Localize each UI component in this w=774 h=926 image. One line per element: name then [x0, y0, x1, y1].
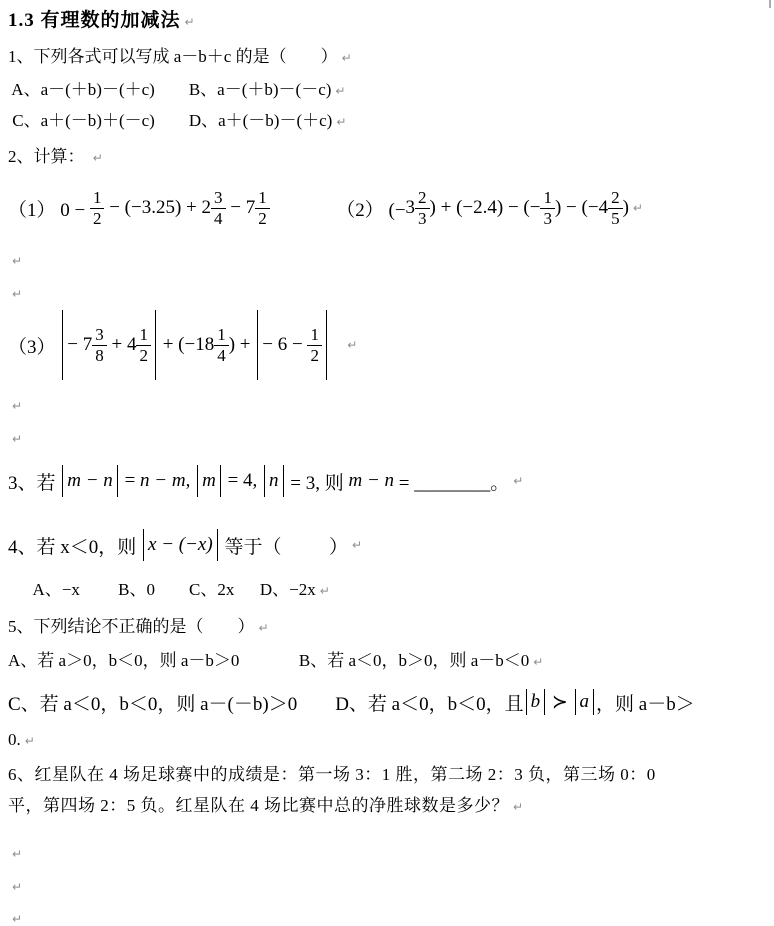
q1-options-cd-text: C、a＋(－b)＋(－c) D、a＋(－b)－(＋c): [8, 111, 332, 130]
mixed-number: 738: [83, 325, 107, 365]
fraction-denominator: 2: [136, 346, 151, 366]
paragraph-mark-icon: ↵: [12, 847, 22, 861]
math-variable: m − n: [349, 470, 395, 492]
math-text: +: [107, 334, 127, 356]
math-text: = ________。: [394, 468, 509, 495]
mixed-number: 234: [202, 188, 226, 228]
paragraph-mark-icon: ↵: [633, 201, 643, 215]
fraction-denominator: 2: [307, 346, 322, 366]
math-text: 等于（ ）: [220, 532, 348, 559]
q1-options-ab-text: A、a－(＋b)－(＋c) B、a－(＋b)－(－c): [8, 80, 331, 99]
fraction: 25: [608, 188, 623, 228]
fraction-numerator: 1: [307, 325, 322, 346]
q5-options-ab-text: A、若 a＞0，b＜0，则 a－b＞0 B、若 a＜0，b＞0，则 a－b＜0: [8, 651, 529, 670]
fraction-numerator: 3: [211, 188, 226, 209]
mixed-number: 425: [599, 188, 623, 228]
math-text: ，则 a－b＞: [596, 689, 695, 716]
q6-line2: 平，第四场 2：5 负。红星队在 4 场比赛中总的净胜球数是多少？↵: [8, 795, 774, 818]
fraction-denominator: 4: [211, 209, 226, 229]
empty-paragraph: ↵: [8, 284, 774, 304]
fraction-denominator: 5: [608, 209, 623, 229]
fraction: 23: [415, 188, 430, 228]
q2-expressions-1-2: （1） 0 − 12 − (−3.25) + 234 − 712 （2） (−3…: [8, 175, 774, 241]
fraction-numerator: 1: [136, 325, 151, 346]
paragraph-mark-icon: ↵: [347, 338, 357, 352]
absolute-value-group: n: [264, 465, 284, 497]
q1-options-cd: C、a＋(－b)＋(－c) D、a＋(－b)－(＋c)↵: [8, 110, 774, 133]
fraction-denominator: 3: [540, 209, 555, 229]
q1-options-ab: A、a－(＋b)－(＋c) B、a－(＋b)－(－c)↵: [8, 79, 774, 102]
empty-paragraph: ↵: [8, 429, 774, 449]
q1-prompt-text: 1、下列各式可以写成 a－b＋c 的是（ ）: [8, 47, 338, 66]
math-text: ) + (−2.4) − (−: [430, 197, 541, 219]
mixed-number: 412: [127, 325, 151, 365]
math-text: −: [67, 334, 82, 356]
paragraph-mark-icon: ↵: [12, 432, 22, 446]
paragraph-mark-icon: ↵: [342, 51, 352, 65]
fraction-numerator: 1: [255, 188, 270, 209]
q6-line1: 6、红星队在 4 场足球赛中的成绩是：第一场 3：1 胜，第二场 2：3 负，第…: [8, 764, 774, 786]
empty-paragraph: ↵: [8, 251, 774, 271]
q5-options-cd: C、若 a＜0，b＜0，则 a－(－b)＞0 D、若 a＜0，b＜0，且b ≻ …: [8, 687, 774, 717]
mixed-number: 1814: [195, 325, 229, 365]
q2-prompt-text: 2、计算：: [8, 147, 89, 166]
fraction-numerator: 2: [415, 188, 430, 209]
math-variable: a: [580, 691, 590, 713]
empty-paragraph: ↵: [8, 396, 774, 416]
paragraph-mark-icon: ↵: [12, 254, 22, 268]
fraction-numerator: 3: [92, 325, 107, 346]
q4-options-text: A、−x B、0 C、2x D、−2x: [8, 580, 316, 599]
absolute-value-group: − 6 − 12: [257, 310, 327, 380]
mixed-whole: 4: [599, 197, 609, 219]
math-text: 4、若 x＜0，则: [8, 532, 141, 559]
absolute-value-group: − 738 + 412: [62, 310, 156, 380]
mixed-whole: 3: [406, 197, 416, 219]
paragraph-mark-icon: ↵: [335, 84, 345, 98]
fraction-denominator: 4: [214, 346, 229, 366]
mixed-number: 712: [246, 188, 270, 228]
mixed-whole: 4: [127, 334, 137, 356]
q2-prompt: 2、计算： ↵: [8, 146, 774, 169]
fraction-denominator: 3: [415, 209, 430, 229]
paragraph-mark-icon: ↵: [25, 734, 35, 748]
paragraph-mark-icon: ↵: [533, 655, 543, 669]
mixed-whole: 7: [83, 334, 93, 356]
math-text: （2） (−: [336, 195, 405, 222]
math-text: ≻: [547, 691, 572, 714]
mixed-number: 323: [406, 188, 430, 228]
absolute-value-group: m − n: [62, 465, 118, 497]
math-text: ) +: [229, 334, 256, 356]
fraction-denominator: 2: [90, 209, 105, 229]
fraction: 13: [540, 188, 555, 228]
fraction-numerator: 1: [540, 188, 555, 209]
math-text: = 3, 则: [286, 468, 349, 495]
paragraph-mark-icon: ↵: [12, 287, 22, 301]
fraction-numerator: 1: [214, 325, 229, 346]
q4-prompt: 4、若 x＜0，则 x − (−x) 等于（ ）↵: [8, 527, 774, 563]
math-variable: x − (−x): [148, 534, 213, 556]
q3-prompt: 3、若 m − n = n − m, m = 4, n = 3, 则 m − n…: [8, 463, 774, 499]
mixed-whole: 18: [195, 334, 214, 356]
math-text: 3、若: [8, 468, 60, 495]
paragraph-mark-icon: ↵: [259, 621, 269, 635]
absolute-value-group: a: [575, 689, 595, 715]
math-variable: m − n: [67, 470, 113, 492]
empty-paragraph: ↵: [8, 877, 774, 897]
paragraph-mark-icon: ↵: [513, 800, 524, 814]
math-text: ) − (−: [555, 197, 599, 219]
math-text: = 4,: [223, 470, 262, 492]
math-variable: m: [202, 470, 216, 492]
paragraph-mark-icon: ↵: [352, 538, 362, 552]
worksheet-page: 1.3 有理数的加减法↵ 1、下列各式可以写成 a－b＋c 的是（ ）↵ A、a…: [0, 0, 774, 926]
empty-paragraph: ↵: [8, 844, 774, 864]
q5-prompt: 5、下列结论不正确的是（ ）↵: [8, 616, 774, 639]
absolute-value-group: b: [526, 689, 546, 715]
paragraph-mark-icon: ↵: [12, 399, 22, 413]
q6-line1-text: 6、红星队在 4 场足球赛中的成绩是：第一场 3：1 胜，第二场 2：3 负，第…: [8, 765, 656, 784]
math-text: =: [120, 470, 140, 492]
math-text: + (−: [158, 334, 195, 356]
fraction: 34: [211, 188, 226, 228]
math-text: [270, 197, 337, 219]
q5-prompt-text: 5、下列结论不正确的是（ ）: [8, 617, 255, 636]
fraction: 12: [90, 188, 105, 228]
q5-option-d-wrap: 0.↵: [8, 729, 774, 752]
fraction-numerator: 2: [608, 188, 623, 209]
math-text: − (−3.25) +: [104, 197, 201, 219]
fraction: 12: [307, 325, 322, 365]
scrollbar-artifact: [769, 0, 771, 8]
empty-paragraph: ↵: [8, 909, 774, 926]
math-text: − 6 −: [262, 334, 307, 356]
fraction-denominator: 8: [92, 346, 107, 366]
fraction-denominator: 2: [255, 209, 270, 229]
math-variable: n: [269, 470, 279, 492]
fraction-numerator: 1: [90, 188, 105, 209]
title-text: 1.3 有理数的加减法: [8, 10, 181, 31]
math-text: −: [226, 197, 246, 219]
paragraph-mark-icon: ↵: [185, 15, 196, 29]
paragraph-mark-icon: ↵: [12, 912, 22, 926]
math-text: ): [623, 197, 629, 219]
page-title: 1.3 有理数的加减法↵: [8, 5, 774, 32]
math-text: [329, 334, 343, 356]
mixed-whole: 2: [202, 197, 212, 219]
q4-options: A、−x B、0 C、2x D、−2x↵: [8, 579, 774, 602]
fraction: 14: [214, 325, 229, 365]
paragraph-mark-icon: ↵: [93, 151, 103, 165]
paragraph-mark-icon: ↵: [513, 474, 523, 488]
fraction: 38: [92, 325, 107, 365]
math-text: C、若 a＜0，b＜0，则 a－(－b)＞0 D、若 a＜0，b＜0，且: [8, 689, 524, 716]
paragraph-mark-icon: ↵: [336, 115, 346, 129]
q5-wrap-text: 0.: [8, 730, 21, 749]
absolute-value-group: x − (−x): [143, 529, 218, 561]
math-text: （1） 0 −: [8, 195, 90, 222]
math-variable: n − m: [140, 470, 186, 492]
fraction: 12: [136, 325, 151, 365]
fraction: 12: [255, 188, 270, 228]
math-text: （3）: [8, 332, 60, 359]
math-variable: b: [531, 691, 541, 713]
paragraph-mark-icon: ↵: [12, 880, 22, 894]
absolute-value-group: m: [197, 465, 221, 497]
mixed-whole: 7: [246, 197, 256, 219]
q1-prompt: 1、下列各式可以写成 a－b＋c 的是（ ）↵: [8, 46, 774, 69]
q6-line2-text: 平，第四场 2：5 负。红星队在 4 场比赛中总的净胜球数是多少？: [8, 796, 509, 815]
q2-expression-3: （3） − 738 + 412 + (−1814) + − 6 − 12 ↵: [8, 308, 774, 382]
q5-options-ab: A、若 a＞0，b＜0，则 a－b＞0 B、若 a＜0，b＞0，则 a－b＜0↵: [8, 650, 774, 673]
math-text: ,: [186, 470, 196, 492]
paragraph-mark-icon: ↵: [320, 584, 330, 598]
